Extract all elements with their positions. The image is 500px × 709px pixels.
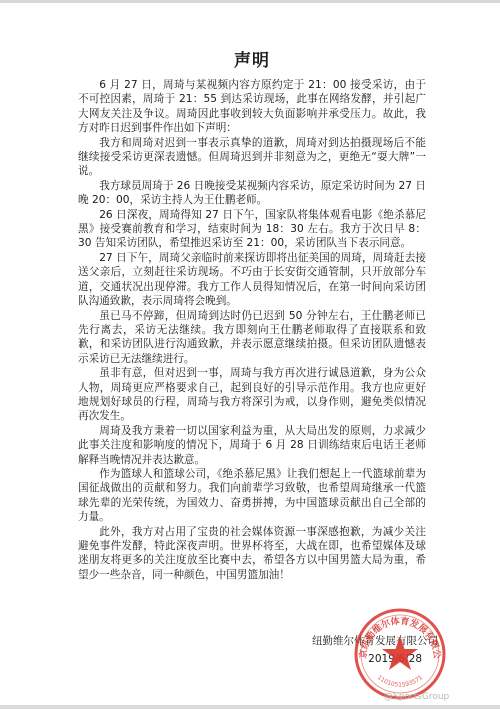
document-title: 声明	[78, 46, 426, 71]
bottom-border	[0, 705, 500, 709]
paragraph: 虽非有意，但对迟到一事，周琦与我方再次进行诚恳道歉，身为公众人物，周琦更应严格要…	[78, 366, 426, 424]
seal-number: 1101051593571	[376, 674, 424, 689]
svg-text:1101051593571: 1101051593571	[376, 674, 424, 689]
paragraph: 虽已马不停蹄，但周琦到达时仍已迟到 50 分钟左右，王仕鹏老师已先行离去，采访无…	[78, 309, 426, 367]
paragraph: 26 日深夜，周琦得知 27 日下午，国家队将集体观看电影《绝杀慕尼黑》接受赛前…	[78, 208, 426, 251]
paragraph: 我方和周琦对迟到一事表示真挚的道歉，周琦对到达拍摄现场后不能继续接受采访更深表遗…	[78, 136, 426, 179]
document-body: 6 月 27 日，周琦与某视频内容方原约定于 21：00 接受采访，由于不可控因…	[78, 78, 426, 582]
paragraph: 作为篮球人和篮球公司，《绝杀慕尼黑》让我们想起上一代篮球前辈为国征战做出的贡献和…	[78, 467, 426, 525]
paragraph: 我方球员周琦于 26 日晚接受某视频内容采访，原定采访时间为 27 日晚 20：…	[78, 179, 426, 208]
company-seal-icon: 北京纽勤维尔体育发展有限公司 1101051593571	[352, 606, 448, 702]
top-border	[0, 0, 500, 3]
watermark: @SportsGroup	[384, 692, 449, 702]
paragraph: 27 日下午，周琦父亲临时前来探访即将出征美国的周琦，周琦赶去接送父亲后，立刻赶…	[78, 251, 426, 309]
paragraph: 6 月 27 日，周琦与某视频内容方原约定于 21：00 接受采访，由于不可控因…	[78, 78, 426, 136]
paragraph: 周琦及我方秉着一切以国家利益为重，从大局出发的原则，力求减少此事关注度和影响度的…	[78, 424, 426, 467]
paragraph: 此外，我方对占用了宝贵的社会媒体资源一事深感抱歉，为减少关注避免事件发酵，特此深…	[78, 525, 426, 583]
